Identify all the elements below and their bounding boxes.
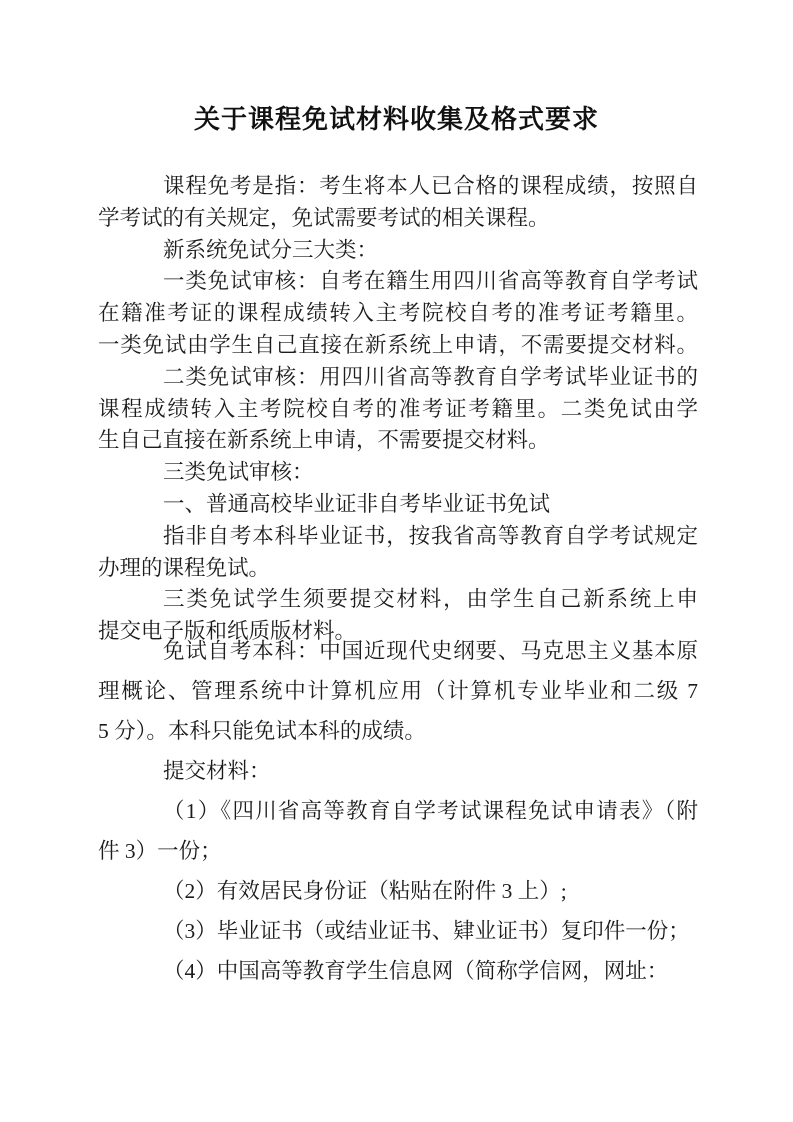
text-line: 一、普通高校毕业证非自考毕业证书免试	[98, 489, 698, 521]
text-line: 免试自考本科：中国近现代史纲要、马克思主义基本原	[98, 631, 698, 671]
text-line: 提交材料：	[98, 751, 698, 791]
text-line: 课程免考是指：考生将本人已合格的课程成绩，按照自	[98, 171, 698, 203]
document-body-section-materials: 免试自考本科：中国近现代史纲要、马克思主义基本原理概论、管理系统中计算机应用（计…	[98, 631, 698, 991]
text-line: 在籍准考证的课程成绩转入主考院校自考的准考证考籍里。	[98, 298, 698, 330]
text-line: （2）有效居民身份证（粘贴在附件 3 上）;	[98, 871, 698, 911]
text-line: 5 分）。本科只能免试本科的成绩。	[98, 711, 698, 751]
text-line: 新系统免试分三大类：	[98, 235, 698, 267]
text-line: 一类免试审核：自考在籍生用四川省高等教育自学考试	[98, 266, 698, 298]
document-page: 关于课程免试材料收集及格式要求 课程免考是指：考生将本人已合格的课程成绩，按照自…	[0, 0, 793, 1122]
text-line: 理概论、管理系统中计算机应用（计算机专业毕业和二级 7	[98, 671, 698, 711]
text-line: 三类免试审核：	[98, 457, 698, 489]
document-body-section-overview: 课程免考是指：考生将本人已合格的课程成绩，按照自学考试的有关规定，免试需要考试的…	[98, 171, 698, 648]
document-title: 关于课程免试材料收集及格式要求	[0, 99, 793, 136]
text-line: 三类免试学生须要提交材料，由学生自己新系统上申请。	[98, 584, 698, 616]
text-line: （1）《四川省高等教育自学考试课程免试申请表》（附	[98, 791, 698, 831]
text-line: 一类免试由学生自己直接在新系统上申请，不需要提交材料。	[98, 330, 698, 362]
text-line: 二类免试审核：用四川省高等教育自学考试毕业证书的	[98, 362, 698, 394]
text-line: 生自己直接在新系统上申请，不需要提交材料。	[98, 425, 698, 457]
text-line: （3）毕业证书（或结业证书、肄业证书）复印件一份；	[98, 911, 698, 951]
text-line: 办理的课程免试。	[98, 553, 698, 585]
text-line: 指非自考本科毕业证书，按我省高等教育自学考试规定	[98, 521, 698, 553]
text-line: （4）中国高等教育学生信息网（简称学信网，网址：	[98, 951, 698, 991]
text-line: 件 3）一份；	[98, 831, 698, 871]
text-line: 学考试的有关规定，免试需要考试的相关课程。	[98, 203, 698, 235]
text-line: 课程成绩转入主考院校自考的准考证考籍里。二类免试由学	[98, 394, 698, 426]
